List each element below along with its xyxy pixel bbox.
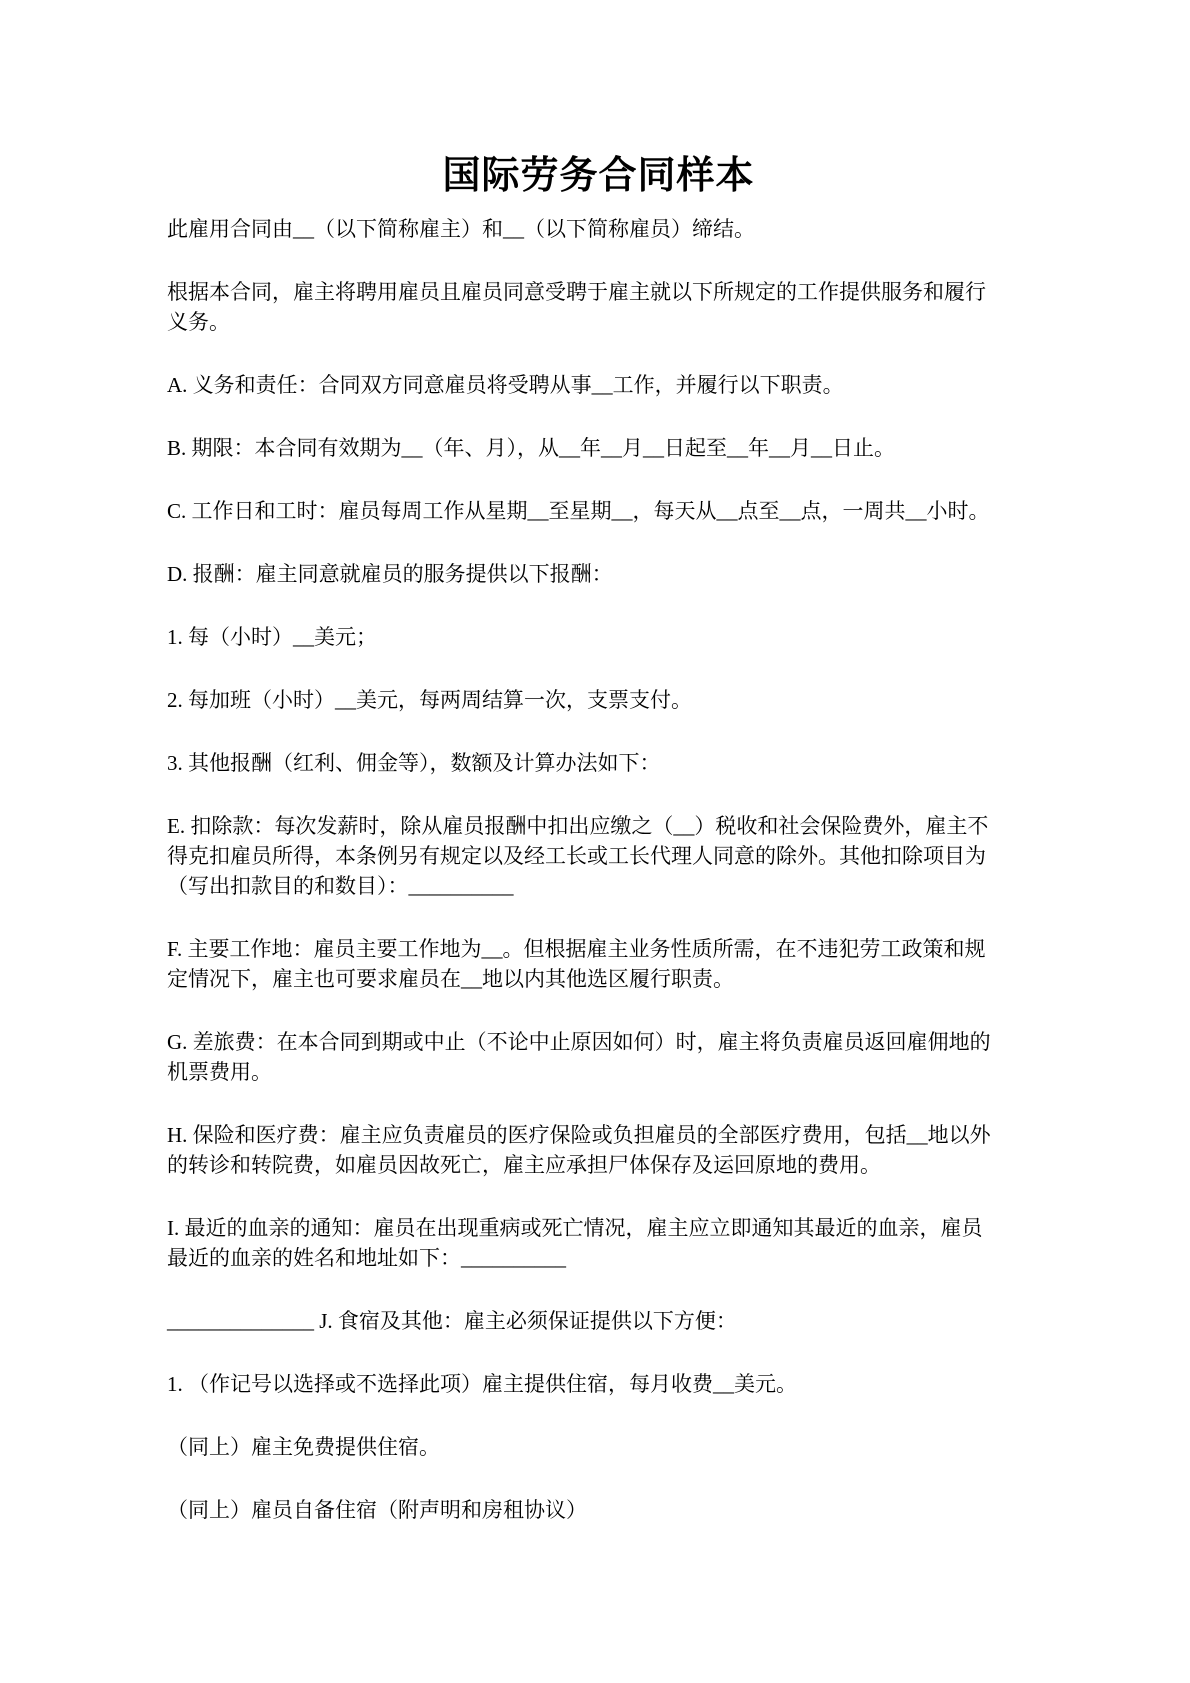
paragraph-item-own-housing: （同上）雇员自备住宿（附声明和房租协议） xyxy=(167,1495,1030,1525)
paragraph-section-j-board-lodging: ______________ J. 食宿及其他：雇主必须保证提供以下方便： xyxy=(167,1306,1030,1336)
paragraph-section-b-term: B. 期限：本合同有效期为__（年、月），从__年__月__日起至__年__月_… xyxy=(167,433,1030,463)
paragraph-section-f-workplace: F. 主要工作地：雇员主要工作地为__。但根据雇主业务性质所需，在不违犯劳工政策… xyxy=(167,934,1030,994)
paragraph-item-1-housing-fee: 1. （作记号以选择或不选择此项）雇主提供住宿，每月收费__美元。 xyxy=(167,1369,1030,1399)
document-title: 国际劳务合同样本 xyxy=(167,152,1030,200)
paragraph-section-h-insurance-medical: H. 保险和医疗费：雇主应负责雇员的医疗保险或负担雇员的全部医疗费用，包括__地… xyxy=(167,1120,1030,1180)
paragraph-item-1-hourly-pay: 1. 每（小时）__美元； xyxy=(167,622,1030,652)
paragraph-section-a-duties: A. 义务和责任：合同双方同意雇员将受聘从事__工作，并履行以下职责。 xyxy=(167,370,1030,400)
paragraph-section-i-next-of-kin: I. 最近的血亲的通知：雇员在出现重病或死亡情况，雇主应立即通知其最近的血亲，雇… xyxy=(167,1213,1030,1273)
paragraph-intro-parties: 此雇用合同由__（以下简称雇主）和__（以下简称雇员）缔结。 xyxy=(167,214,1030,244)
document-page: 国际劳务合同样本 此雇用合同由__（以下简称雇主）和__（以下简称雇员）缔结。 … xyxy=(0,0,1190,1683)
paragraph-intro-agreement: 根据本合同，雇主将聘用雇员且雇员同意受聘于雇主就以下所规定的工作提供服务和履行 … xyxy=(167,277,1030,337)
paragraph-section-g-travel-expenses: G. 差旅费：在本合同到期或中止（不论中止原因如何）时，雇主将负责雇员返回雇佣地… xyxy=(167,1027,1030,1087)
paragraph-item-2-overtime-pay: 2. 每加班（小时）__美元，每两周结算一次，支票支付。 xyxy=(167,685,1030,715)
paragraph-section-c-workdays: C. 工作日和工时：雇员每周工作从星期__至星期__，每天从__点至__点，一周… xyxy=(167,496,1030,526)
paragraph-section-e-deductions: E. 扣除款：每次发薪时，除从雇员报酬中扣出应缴之（__）税收和社会保险费外，雇… xyxy=(167,811,1030,901)
paragraph-item-3-other-pay: 3. 其他报酬（红利、佣金等），数额及计算办法如下： xyxy=(167,748,1030,778)
paragraph-item-free-housing: （同上）雇主免费提供住宿。 xyxy=(167,1432,1030,1462)
paragraph-section-d-compensation: D. 报酬：雇主同意就雇员的服务提供以下报酬： xyxy=(167,559,1030,589)
